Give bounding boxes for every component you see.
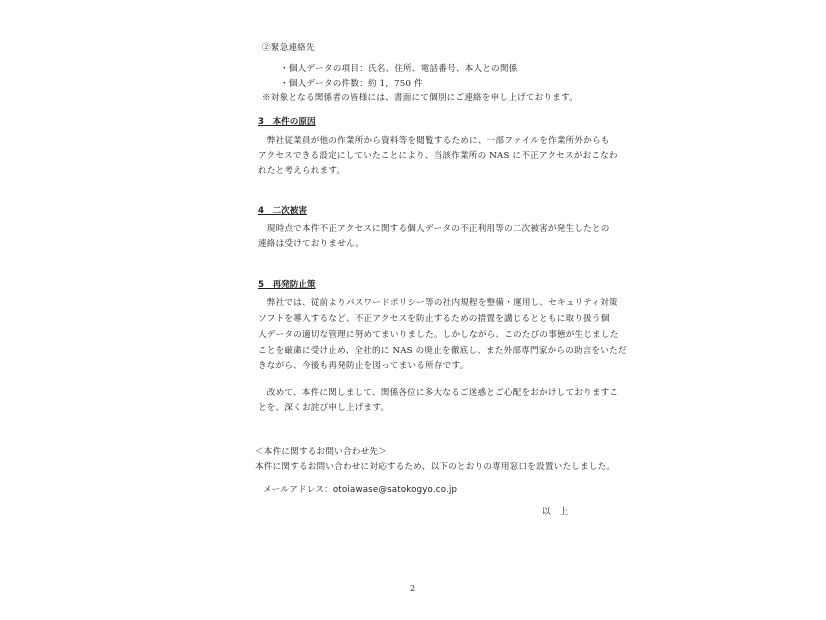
paragraph-line: 改めて、本件に関しまして、関係各位に多大なるご迷惑とご心配をおかけしておりますこ [258, 388, 618, 399]
closing-mark: 以 上 [542, 507, 568, 518]
paragraph-line: アクセスできる設定にしていたことにより、当該作業所の NAS に不正アクセスがお… [258, 151, 618, 162]
paragraph-line: とを、深くお詫び申し上げます。 [258, 403, 389, 414]
emergency-contact-title: ②緊急連絡先 [262, 43, 315, 54]
email-link[interactable]: otoiawase@satokogyo.co.jp [333, 485, 457, 495]
email-label: メールアドレス： [263, 485, 333, 495]
section-heading-cause: 3 本件の原因 [258, 117, 316, 128]
paragraph-line: 連絡は受けておりません。 [258, 239, 364, 250]
notice-note: ※対象となる関係者の皆様には、書面にて個別にご連絡を申し上げております。 [262, 93, 578, 104]
paragraph-line: 弊社従業員が他の作業所から資料等を閲覧するために、一部ファイルを作業所外からも [258, 136, 610, 147]
contact-description: 本件に関するお問い合わせに対応するため、以下のとおりの専用窓口を設置いたしました… [255, 462, 615, 473]
document-page: ②緊急連絡先 ・個人データの項目：氏名、住所、電話番号、本人との関係 ・個人デー… [0, 0, 826, 620]
list-item: ・個人データの件数：約 1，750 件 [280, 79, 423, 90]
paragraph-line: れたと考えられます。 [258, 166, 345, 177]
contact-title: ＜本件に関するお問い合わせ先＞ [255, 447, 387, 458]
section-heading-secondary-damage: 4 二次被害 [258, 206, 307, 217]
paragraph-line: ソフトを導入するなど、不正アクセスを防止するための措置を講じるとともに取り扱う個 [258, 314, 610, 325]
section-heading-prevention: 5 再発防止策 [258, 280, 316, 291]
paragraph-line: ことを厳粛に受け止め、全社的に NAS の廃止を徹底し、また外部専門家からの助言… [258, 346, 627, 357]
page-number: 2 [410, 584, 415, 593]
paragraph-line: 現時点で本件不正アクセスに関する個人データの不正利用等の二次被害が発生したとの [258, 224, 610, 235]
list-item: ・個人データの項目：氏名、住所、電話番号、本人との関係 [280, 64, 517, 75]
paragraph-line: 人データの適切な管理に努めてまいりました。しかしながら、このたびの事態が生じまし… [258, 330, 619, 341]
paragraph-line: きながら、今後も再発防止を図ってまいる所存です。 [258, 361, 468, 372]
paragraph-line: 弊社では、従前よりパスワードポリシー等の社内規程を整備・運用し、セキュリティ対策 [258, 298, 618, 309]
email-row: メールアドレス：otoiawase@satokogyo.co.jp [263, 485, 457, 496]
